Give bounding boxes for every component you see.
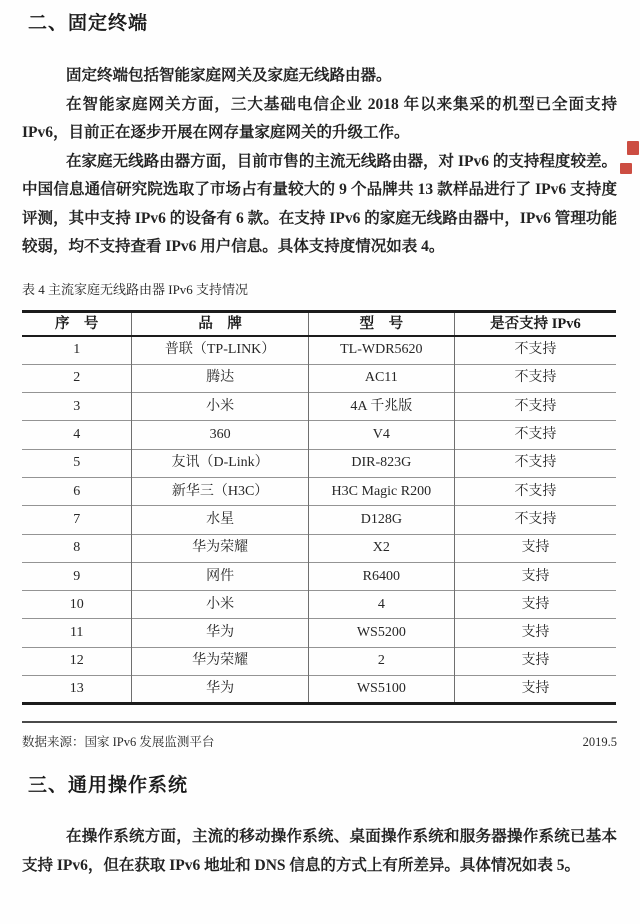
table-cell: 不支持 xyxy=(454,449,616,477)
table-cell: 友讯（D-Link） xyxy=(132,449,308,477)
table-cell: 支持 xyxy=(454,534,616,562)
table-row: 1普联（TP-LINK）TL-WDR5620不支持 xyxy=(22,336,616,364)
table-cell: 4A 千兆版 xyxy=(308,393,454,421)
table-cell: 不支持 xyxy=(454,336,616,364)
ipv6-support-table: 序 号品 牌型 号是否支持 IPv6 1普联（TP-LINK）TL-WDR562… xyxy=(22,310,616,706)
table-cell: 普联（TP-LINK） xyxy=(132,336,308,364)
table-cell: 2 xyxy=(22,364,132,392)
table-cell: 5 xyxy=(22,449,132,477)
table-cell: 网件 xyxy=(132,562,308,590)
paragraph-os: 在操作系统方面，主流的移动操作系统、桌面操作系统和服务器操作系统已基本支持 IP… xyxy=(22,823,617,880)
table-cell: V4 xyxy=(308,421,454,449)
paragraph-wireless-router: 在家庭无线路由器方面，目前市售的主流无线路由器，对 IPv6 的支持程度较差。中… xyxy=(22,148,617,262)
table-caption: 表 4 主流家庭无线路由器 IPv6 支持情况 xyxy=(22,282,617,297)
table-cell: 3 xyxy=(22,393,132,421)
table-cell: 华为 xyxy=(132,619,308,647)
table-cell: 华为荣耀 xyxy=(132,534,308,562)
table-cell: 360 xyxy=(132,421,308,449)
table-cell: 1 xyxy=(22,336,132,364)
table-cell: 不支持 xyxy=(454,393,616,421)
table-cell: TL-WDR5620 xyxy=(308,336,454,364)
page-content: 二、固定终端 固定终端包括智能家庭网关及家庭无线路由器。 在智能家庭网关方面，三… xyxy=(0,0,640,880)
table-cell: 小米 xyxy=(132,591,308,619)
table-cell: X2 xyxy=(308,534,454,562)
table-cell: 6 xyxy=(22,477,132,505)
red-artifact-mark xyxy=(627,141,639,155)
table-cell: 不支持 xyxy=(454,421,616,449)
table-header-cell: 型 号 xyxy=(308,311,454,336)
table-row: 9网件R6400支持 xyxy=(22,562,616,590)
table-cell: 支持 xyxy=(454,591,616,619)
table-cell: 不支持 xyxy=(454,506,616,534)
table-cell: 新华三（H3C） xyxy=(132,477,308,505)
table-cell: 小米 xyxy=(132,393,308,421)
table-cell: 不支持 xyxy=(454,477,616,505)
table-cell: R6400 xyxy=(308,562,454,590)
table-cell: 11 xyxy=(22,619,132,647)
table-cell: 4 xyxy=(22,421,132,449)
table-row: 7水星D128G不支持 xyxy=(22,506,616,534)
paragraph-intro: 固定终端包括智能家庭网关及家庭无线路由器。 xyxy=(22,62,617,91)
table-row: 6新华三（H3C）H3C Magic R200不支持 xyxy=(22,477,616,505)
table-row: 2腾达AC11不支持 xyxy=(22,364,616,392)
table-header-cell: 序 号 xyxy=(22,311,132,336)
table-cell: 支持 xyxy=(454,562,616,590)
table-cell: 华为荣耀 xyxy=(132,647,308,675)
table-cell: WS5100 xyxy=(308,676,454,704)
table-cell: D128G xyxy=(308,506,454,534)
table-cell: 华为 xyxy=(132,676,308,704)
table-cell: H3C Magic R200 xyxy=(308,477,454,505)
table-row: 5友讯（D-Link）DIR-823G不支持 xyxy=(22,449,616,477)
fixed-terminal-body: 固定终端包括智能家庭网关及家庭无线路由器。 在智能家庭网关方面，三大基础电信企业… xyxy=(22,62,617,262)
table-cell: 支持 xyxy=(454,676,616,704)
table-row: 3小米4A 千兆版不支持 xyxy=(22,393,616,421)
table-row: 4360V4不支持 xyxy=(22,421,616,449)
paragraph-smart-gateway: 在智能家庭网关方面，三大基础电信企业 2018 年以来集采的机型已全面支持 IP… xyxy=(22,91,617,148)
table-row: 11华为WS5200支持 xyxy=(22,619,616,647)
table-cell: 12 xyxy=(22,647,132,675)
table-cell: 腾达 xyxy=(132,364,308,392)
table-cell: 4 xyxy=(308,591,454,619)
table-head: 序 号品 牌型 号是否支持 IPv6 xyxy=(22,311,616,336)
table-cell: 支持 xyxy=(454,619,616,647)
table-header-cell: 品 牌 xyxy=(132,311,308,336)
red-artifact-mark xyxy=(620,163,632,174)
table-cell: 不支持 xyxy=(454,364,616,392)
source-date: 2019.5 xyxy=(583,735,617,750)
table-cell: DIR-823G xyxy=(308,449,454,477)
table-cell: 支持 xyxy=(454,647,616,675)
table-source-row: 数据来源：国家 IPv6 发展监测平台 2019.5 xyxy=(22,721,617,750)
table-body: 1普联（TP-LINK）TL-WDR5620不支持2腾达AC11不支持3小米4A… xyxy=(22,336,616,704)
table-row: 10小米4支持 xyxy=(22,591,616,619)
table-row: 8华为荣耀X2支持 xyxy=(22,534,616,562)
section-heading-os: 三、通用操作系统 xyxy=(28,774,617,798)
table-header-row: 序 号品 牌型 号是否支持 IPv6 xyxy=(22,311,616,336)
table-cell: 2 xyxy=(308,647,454,675)
table-cell: 8 xyxy=(22,534,132,562)
table-cell: 7 xyxy=(22,506,132,534)
table-header-cell: 是否支持 IPv6 xyxy=(454,311,616,336)
document-page: 二、固定终端 固定终端包括智能家庭网关及家庭无线路由器。 在智能家庭网关方面，三… xyxy=(0,0,640,924)
table-row: 12华为荣耀2支持 xyxy=(22,647,616,675)
table-cell: 10 xyxy=(22,591,132,619)
table-row: 13华为WS5100支持 xyxy=(22,676,616,704)
table-cell: WS5200 xyxy=(308,619,454,647)
source-label: 数据来源：国家 IPv6 发展监测平台 xyxy=(22,732,214,750)
table-cell: 13 xyxy=(22,676,132,704)
table-cell: 水星 xyxy=(132,506,308,534)
os-body: 在操作系统方面，主流的移动操作系统、桌面操作系统和服务器操作系统已基本支持 IP… xyxy=(22,823,617,880)
table-cell: AC11 xyxy=(308,364,454,392)
section-heading-fixed-terminal: 二、固定终端 xyxy=(28,12,617,36)
table-cell: 9 xyxy=(22,562,132,590)
